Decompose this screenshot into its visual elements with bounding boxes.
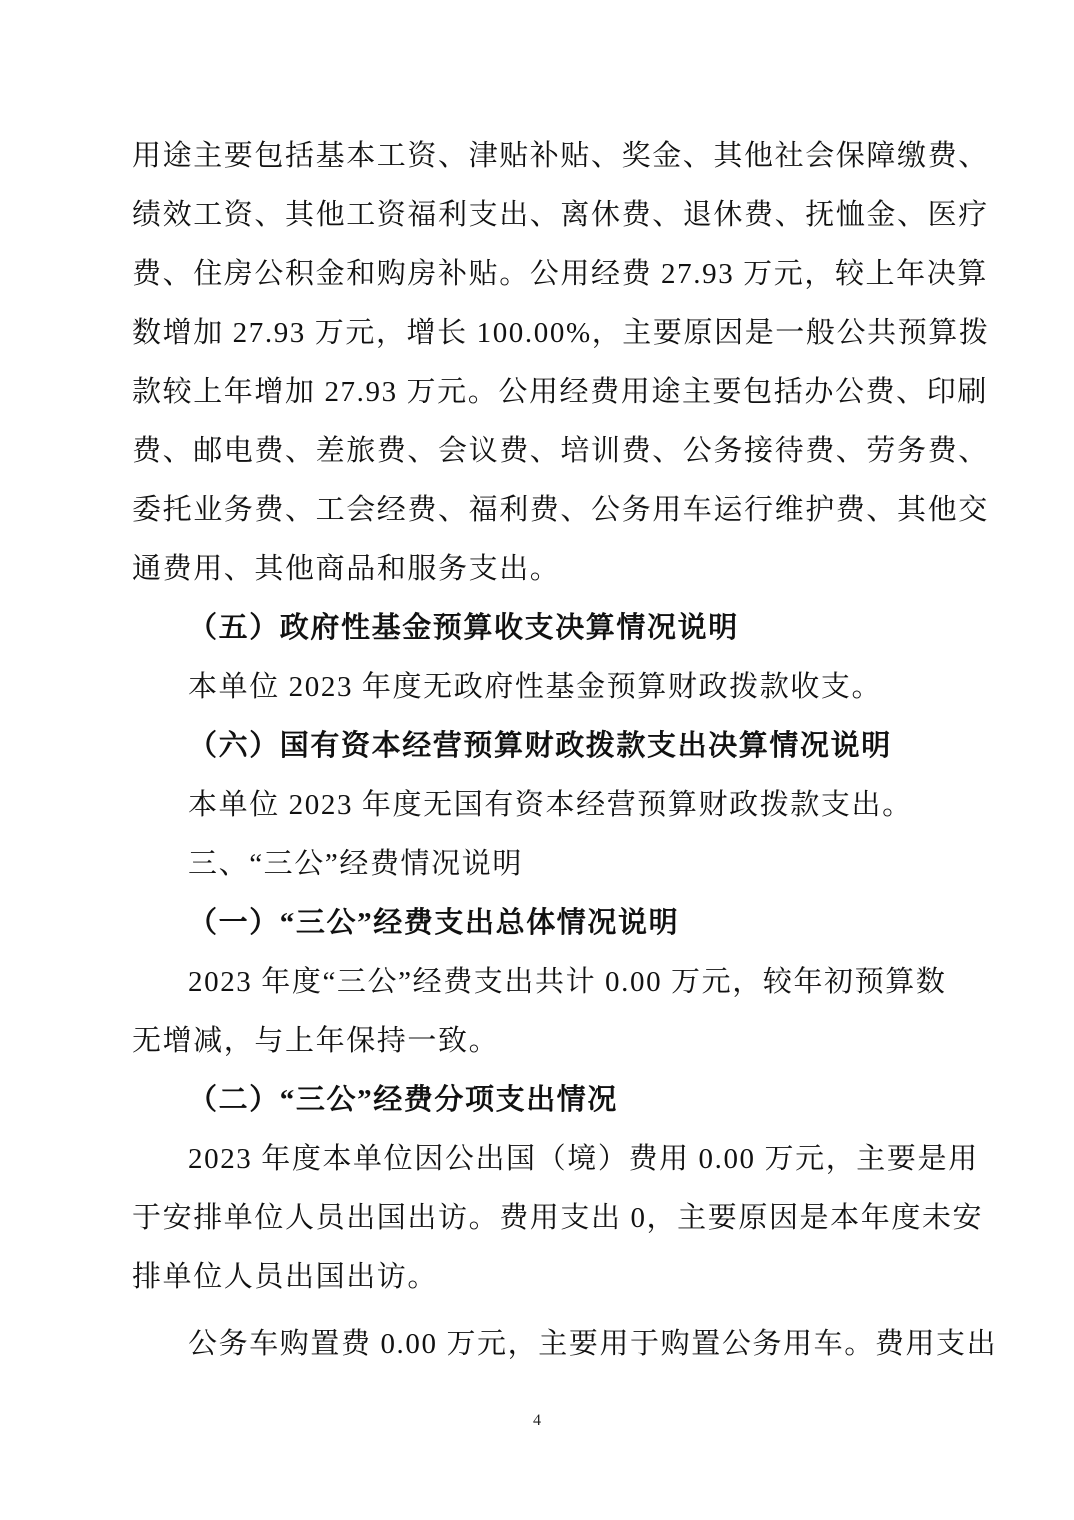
section-heading-government-fund: （五）政府性基金预算收支决算情况说明 <box>188 608 988 648</box>
body-text-line: 排单位人员出国出访。 <box>132 1257 932 1297</box>
body-text-line: 费、邮电费、差旅费、会议费、培训费、公务接待费、劳务费、 <box>132 431 932 471</box>
section-heading-state-capital: （六）国有资本经营预算财政拨款支出决算情况说明 <box>188 726 988 766</box>
body-text-line: 2023 年度“三公”经费支出共计 0.00 万元，较年初预算数 <box>188 962 932 1002</box>
section-heading-overall-expenses: （一）“三公”经费支出总体情况说明 <box>188 903 988 943</box>
chapter-heading-three-public-expenses: 三、“三公”经费情况说明 <box>188 844 988 884</box>
body-text-line: 数增加 27.93 万元，增长 100.00%，主要原因是一般公共预算拨 <box>132 313 932 353</box>
body-text-line: 本单位 2023 年度无政府性基金预算财政拨款收支。 <box>188 667 988 707</box>
body-text-line: 委托业务费、工会经费、福利费、公务用车运行维护费、其他交 <box>132 490 932 530</box>
body-text-line: 无增减，与上年保持一致。 <box>132 1021 932 1061</box>
body-text-line: 款较上年增加 27.93 万元。公用经费用途主要包括办公费、印刷 <box>132 372 932 412</box>
body-text-line: 本单位 2023 年度无国有资本经营预算财政拨款支出。 <box>188 785 988 825</box>
page-number: 4 <box>0 1412 1074 1430</box>
body-text-line: 用途主要包括基本工资、津贴补贴、奖金、其他社会保障缴费、 <box>132 136 932 176</box>
body-text-line: 费、住房公积金和购房补贴。公用经费 27.93 万元，较上年决算 <box>132 254 932 294</box>
body-text-line: 于安排单位人员出国出访。费用支出 0，主要原因是本年度未安 <box>132 1198 932 1238</box>
body-text-line: 绩效工资、其他工资福利支出、离休费、退休费、抚恤金、医疗 <box>132 195 932 235</box>
document-page: 用途主要包括基本工资、津贴补贴、奖金、其他社会保障缴费、 绩效工资、其他工资福利… <box>0 0 1074 1520</box>
body-text-line: 2023 年度本单位因公出国（境）费用 0.00 万元，主要是用 <box>188 1139 932 1179</box>
body-text-line: 公务车购置费 0.00 万元，主要用于购置公务用车。费用支出 <box>188 1324 932 1364</box>
section-heading-itemized-expenses: （二）“三公”经费分项支出情况 <box>188 1080 988 1120</box>
body-text-line: 通费用、其他商品和服务支出。 <box>132 549 932 589</box>
